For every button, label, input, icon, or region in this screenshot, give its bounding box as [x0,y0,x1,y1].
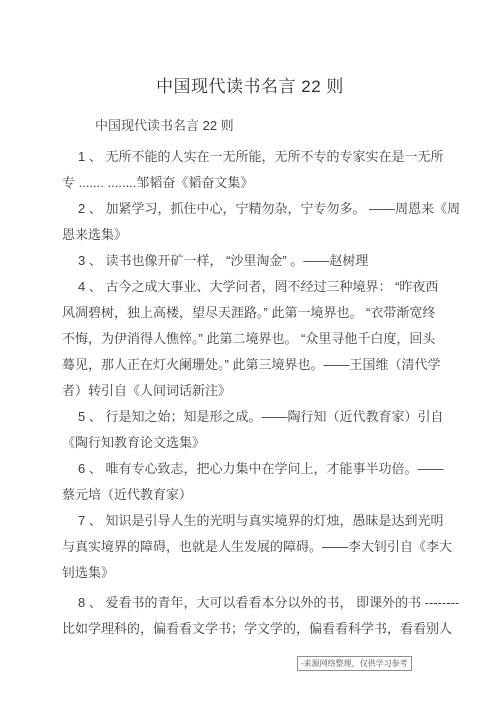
quote-line: 恩来选集》 [62,222,450,248]
quote-line: 3 、 读书也像开矿一样， “沙里淘金” 。——赵树理 [62,248,450,274]
quote-item-8: 8 、 爱看书的青年，大可以看看本分以外的书， 即课外的书 -------- 比… [62,590,450,642]
quote-line: 1 、 无所不能的人实在一无所能，无所不专的专家实在是一无所 [62,144,450,170]
quote-line: 风凋碧树，独上高楼，望尽天涯路。” 此第一境界也。 “衣带渐宽终 [62,300,450,326]
quote-line: 不悔，为伊消得人憔悴。” 此第二境界也。 “众里寻他千白度，回头 [62,326,450,352]
quote-item-5: 5 、 行是知之始；知是形之成。——陶行知（近代教育家）引自 《陶行知教育论文选… [62,404,450,456]
quote-line: 蔡元培（近代教育家） [62,482,450,508]
quote-line: 蓦见，那人正在灯火阑珊处。” 此第三境界也。——王国维（清代学 [62,352,450,378]
quote-item-4: 4 、 古今之成大事业、大学问者，罔不经过三种境界： “昨夜西 风凋碧树，独上高… [62,274,450,404]
quote-line: 5 、 行是知之始；知是形之成。——陶行知（近代教育家）引自 [62,404,450,430]
quote-line: 钊选集》 [62,560,450,586]
quote-line: 6 、 唯有专心致志，把心力集中在学问上，才能事半功倍。—— [62,456,450,482]
quote-item-3: 3 、 读书也像开矿一样， “沙里淘金” 。——赵树理 [62,248,450,274]
page-subtitle: 中国现代读书名言 22 则 [95,113,500,139]
quote-item-1: 1 、 无所不能的人实在一无所能，无所不专的专家实在是一无所 专 .......… [62,144,450,196]
quote-line: 4 、 古今之成大事业、大学问者，罔不经过三种境界： “昨夜西 [62,274,450,300]
quote-item-2: 2 、 加紧学习，抓住中心，宁精勿杂，宁专勿多。 ——周恩来《周 恩来选集》 [62,196,450,248]
source-watermark: -来源网络整理，仅供学习参考 [297,656,412,671]
quote-line: 比如学理科的，偏看看文学书；学文学的，偏看看科学书，看看别人 [62,616,450,642]
quote-line: 专 ....... ........邹韬奋《韬奋文集》 [62,170,450,196]
quote-line: 2 、 加紧学习，抓住中心，宁精勿杂，宁专勿多。 ——周恩来《周 [62,196,450,222]
quote-item-7: 7 、 知识是引导人生的光明与真实境界的灯烛，愚昧是达到光明 与真实境界的障碍，… [62,508,450,586]
quotes-list: 1 、 无所不能的人实在一无所能，无所不专的专家实在是一无所 专 .......… [62,144,450,642]
quote-item-6: 6 、 唯有专心致志，把心力集中在学问上，才能事半功倍。—— 蔡元培（近代教育家… [62,456,450,508]
quote-line: 7 、 知识是引导人生的光明与真实境界的灯烛，愚昧是达到光明 [62,508,450,534]
quote-line: 8 、 爱看书的青年，大可以看看本分以外的书， 即课外的书 -------- [62,590,450,616]
page-title: 中国现代读书名言 22 则 [0,0,500,100]
quote-line: 与真实境界的障碍，也就是人生发展的障碍。——李大钊引自《李大 [62,534,450,560]
quote-line: 《陶行知教育论文选集》 [62,430,450,456]
quote-line: 者）转引自《人间词话新注》 [62,378,450,404]
document-page: 中国现代读书名言 22 则 中国现代读书名言 22 则 1 、 无所不能的人实在… [0,0,500,708]
